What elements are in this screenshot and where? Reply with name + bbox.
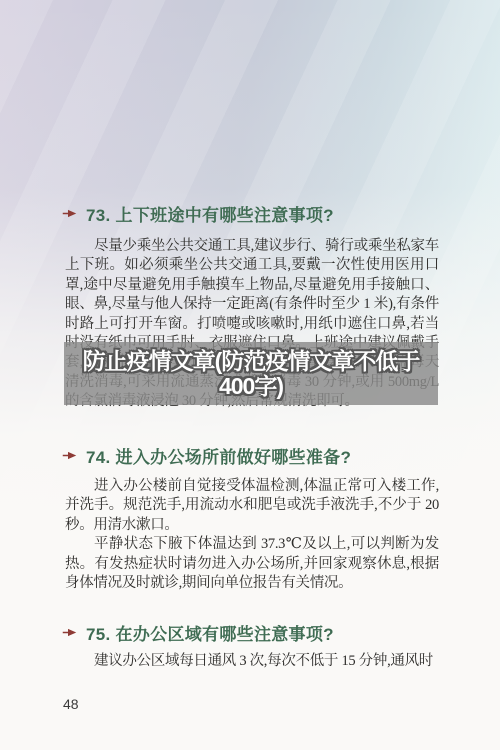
question-73-heading: 73. 上下班途中有哪些注意事项?	[62, 201, 442, 226]
question-75-body: 建议办公区域每日通风 3 次,每次不低于 15 分钟,通风时	[65, 652, 439, 671]
question-75-title: 75. 在办公区域有哪些注意事项?	[86, 620, 334, 645]
arrow-bullet-icon	[62, 208, 77, 219]
watermark-title: 防止疫情文章(防范疫情文章不低于400字)	[65, 349, 437, 399]
paragraph: 平静状态下腋下体温达到 37.3℃及以上,可以判断为发热。有发热症状时请勿进入办…	[65, 535, 439, 593]
question-74-title: 74. 进入办公场所前做好哪些准备?	[86, 443, 351, 468]
paragraph: 进入办公楼前自觉接受体温检测,体温正常可入楼工作,并洗手。规范洗手,用流动水和肥…	[65, 477, 439, 535]
question-74-heading: 74. 进入办公场所前做好哪些准备?	[62, 443, 442, 468]
question-75-heading: 75. 在办公区域有哪些注意事项?	[62, 620, 442, 645]
paragraph: 建议办公区域每日通风 3 次,每次不低于 15 分钟,通风时	[65, 652, 439, 671]
arrow-bullet-icon	[62, 450, 77, 461]
page-number: 48	[63, 696, 79, 712]
question-74-body: 进入办公楼前自觉接受体温检测,体温正常可入楼工作,并洗手。规范洗手,用流动水和肥…	[65, 477, 439, 593]
arrow-bullet-icon	[62, 627, 77, 638]
watermark-overlay-band: 防止疫情文章(防范疫情文章不低于400字)	[64, 342, 438, 405]
question-73-title: 73. 上下班途中有哪些注意事项?	[86, 201, 334, 226]
